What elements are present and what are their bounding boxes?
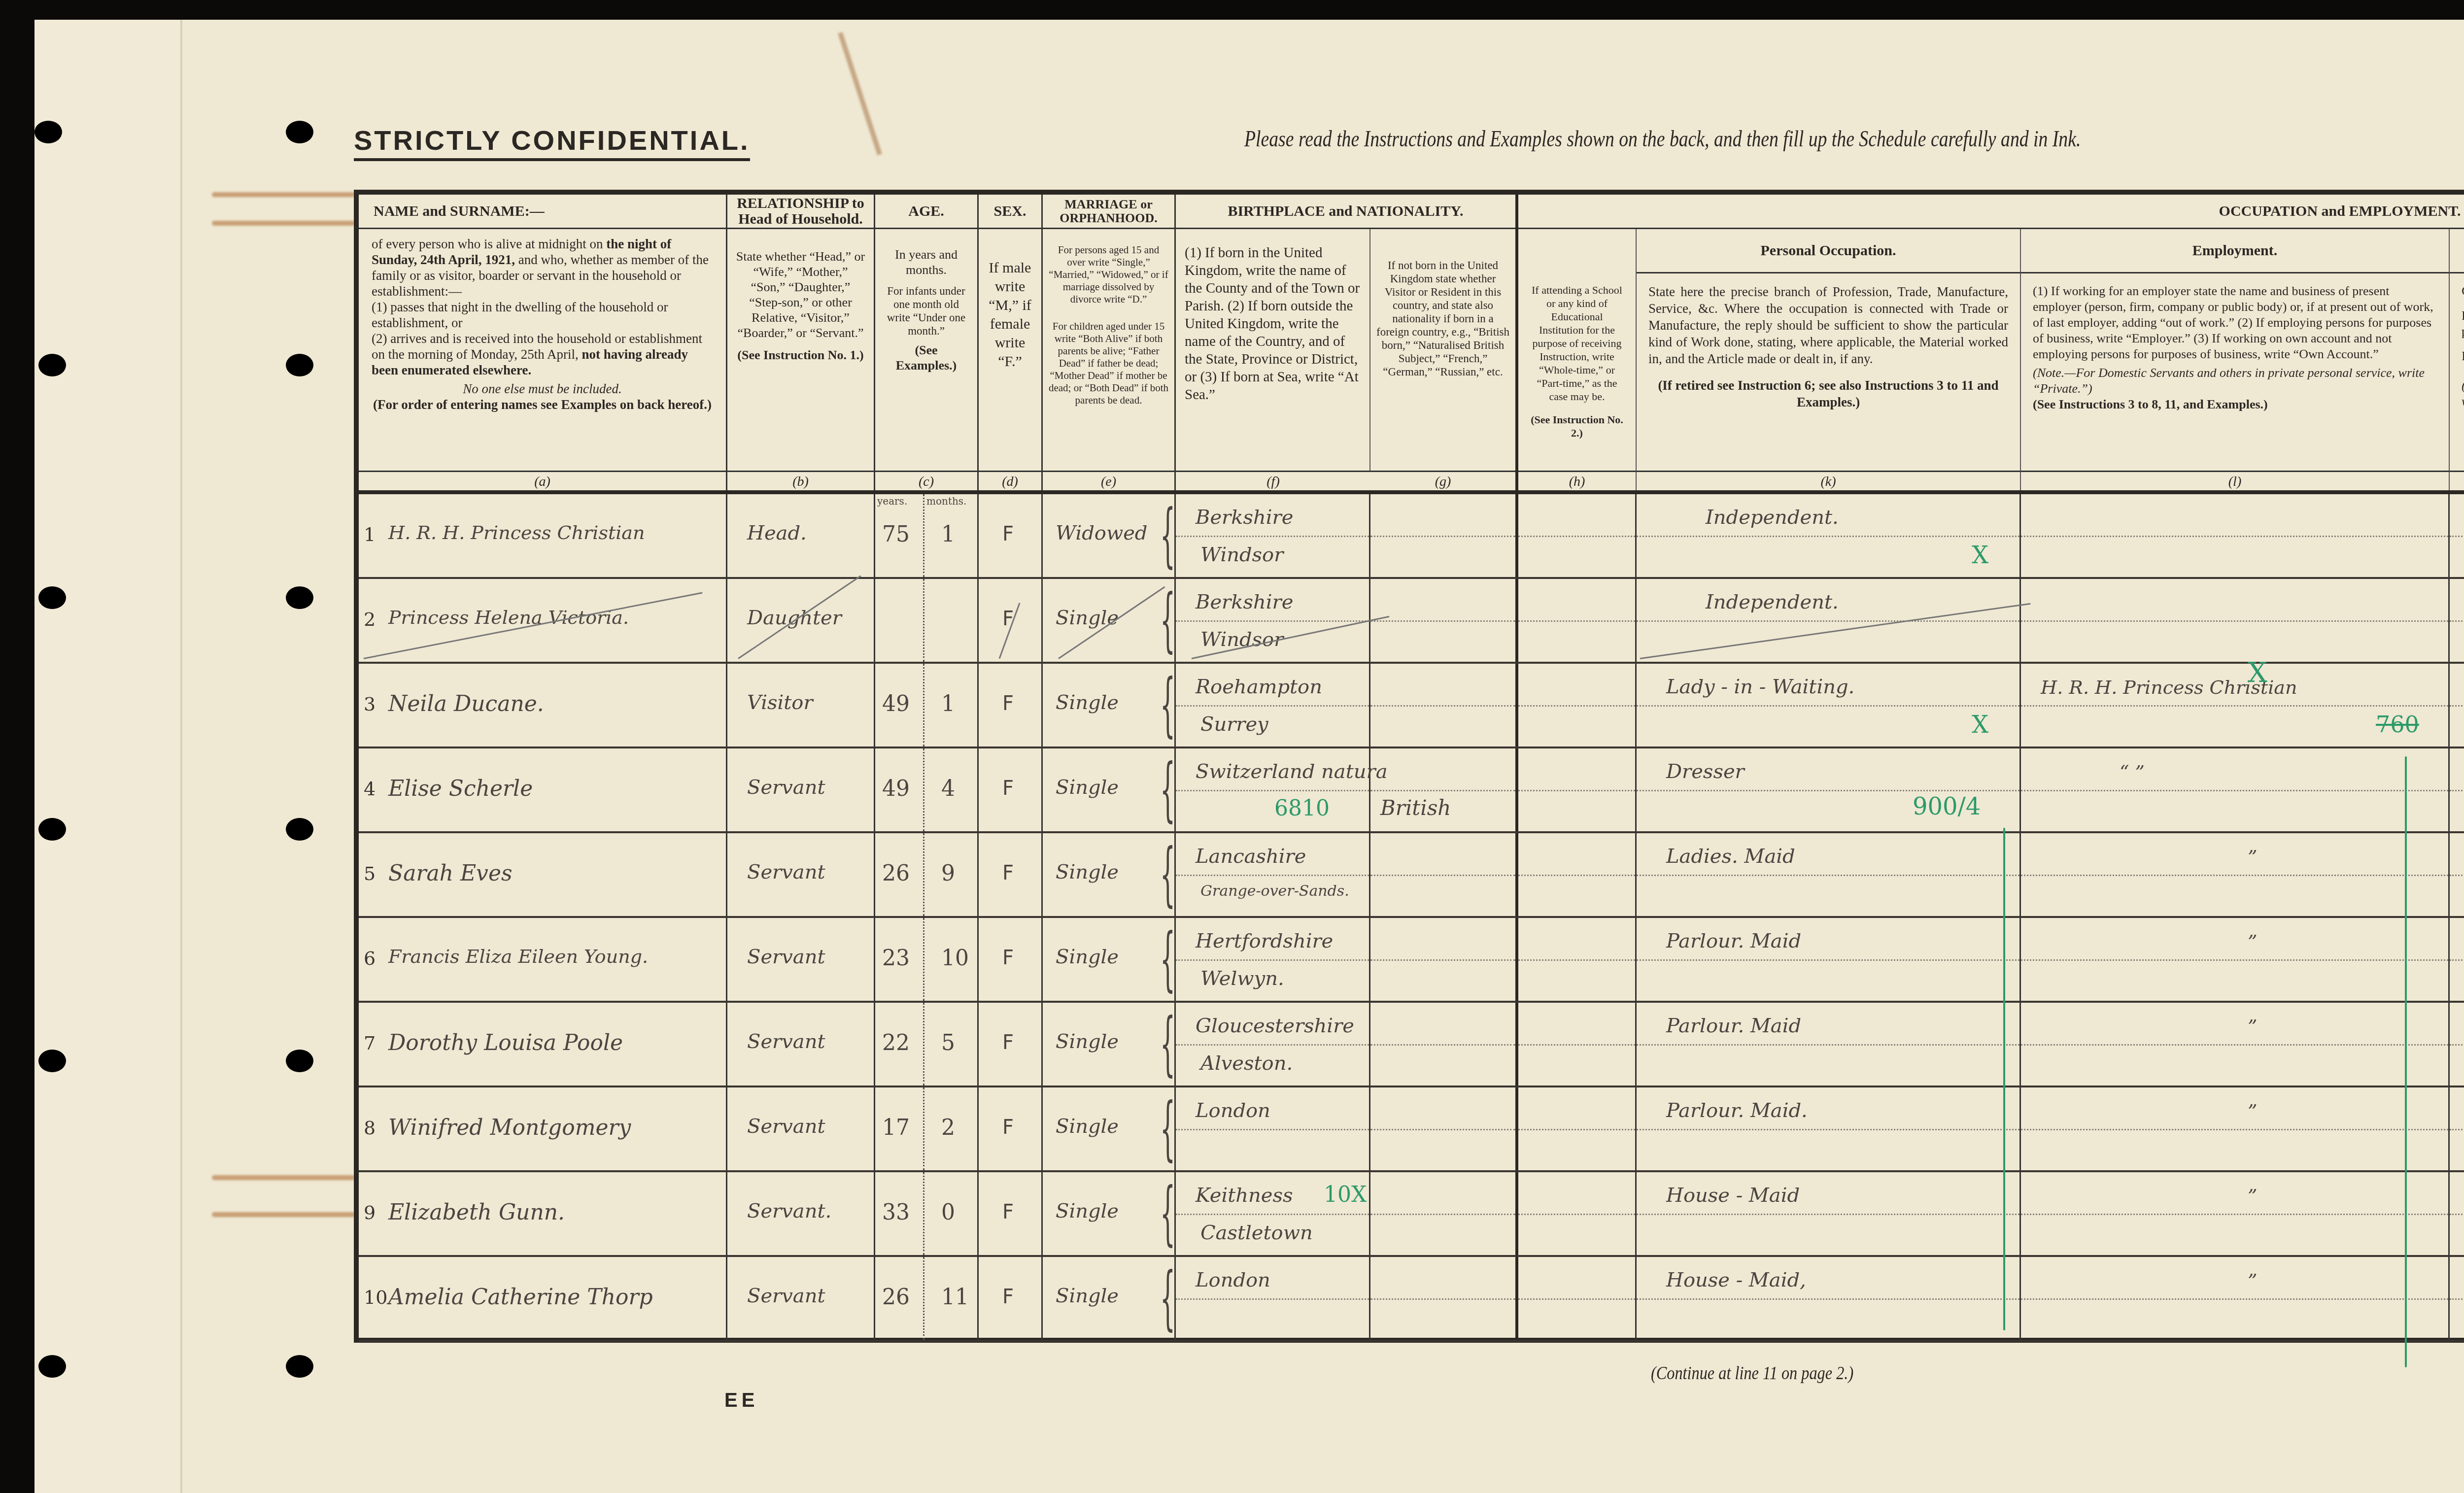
brace-glyph: { [1160,925,1175,994]
age-years-cell[interactable]: 23 [875,918,924,1001]
brace-glyph: { [1160,1010,1175,1079]
column-h-letter: (h) [1518,471,1637,490]
dotted-rule [2450,705,2464,707]
relationship-cell[interactable]: Servant [727,833,875,916]
dotted-rule [2450,959,2464,961]
sex-cell[interactable]: F [979,833,1043,916]
relationship-cell[interactable]: Servant [727,1257,875,1340]
occupation-cell[interactable]: House - Maid [1637,1172,2021,1255]
birthplace-cell[interactable]: London [1176,1087,1370,1170]
column-fg-header: BIRTHPLACE and NATIONALITY. (1) If born … [1176,195,1518,490]
table-row: 2Princess Helena Victoria.DaughterFSingl… [359,579,2464,664]
birthplace-cell[interactable]: GloucestershireAlveston. [1176,1003,1370,1086]
education-cell[interactable] [1518,494,1637,577]
table-row: 4Elise ScherleServant494FSingle{Switzerl… [359,748,2464,833]
employment-cell[interactable]: H. R. H. Princess ChristianX760 [2021,664,2450,746]
employment-value: ” [2248,846,2257,868]
sex-value: F [1002,947,1014,969]
name-cell[interactable]: 9Elizabeth Gunn. [359,1172,727,1255]
place-of-work-cell[interactable]: ” [2450,1172,2464,1255]
brace-glyph: { [1160,501,1175,570]
place-of-work-cell[interactable]: ” [2450,1257,2464,1340]
age-months-cell[interactable]: 2 [924,1087,979,1170]
column-l-text: (1) If working for an employer state the… [2021,273,2450,471]
marriage-value: Single [1056,946,1119,968]
birthplace-cell[interactable]: KeithnessCastletown10X [1176,1172,1370,1255]
column-l-note: (Note.—For Domestic Servants and others … [2033,365,2437,397]
employment-value: ” [2248,1100,2257,1122]
name-cell[interactable]: 6Francis Eliza Eileen Young. [359,918,727,1001]
age-months-cell[interactable]: 0 [924,1172,979,1255]
dotted-rule [1370,790,1515,791]
relationship-cell[interactable]: Servant [727,748,875,831]
marriage-value: Single [1056,607,1119,629]
dotted-rule [1637,536,2019,537]
employment-cell[interactable] [2021,579,2450,662]
sex-value: F [1002,862,1014,884]
relationship-value: Servant [747,776,825,799]
occupation-value: House - Maid [1666,1184,1800,1207]
punch-hole [286,1355,313,1378]
age-years: 49 [882,691,910,716]
nationality-cell[interactable] [1370,1172,1518,1255]
age-years-cell[interactable]: 22 [875,1003,924,1086]
age-years-label: years. [877,495,907,507]
marriage-value: Single [1056,861,1119,883]
sex-cell[interactable]: F [979,1003,1043,1086]
marriage-cell[interactable]: Single{ [1043,918,1176,1001]
dotted-rule [1518,620,1635,622]
age-years-cell[interactable]: 17 [875,1087,924,1170]
column-g-letter: (g) [1370,472,1515,490]
punch-hole [38,1355,66,1378]
age-years: 23 [882,946,910,971]
education-cell[interactable] [1518,1172,1637,1255]
birthplace-cell[interactable]: BerkshireWindsor [1176,494,1370,577]
dotted-rule [1370,620,1515,622]
brace-glyph: { [1160,671,1175,740]
occupation-value: House - Maid, [1666,1269,1806,1291]
occupation-value: Parlour. Maid. [1666,1099,1808,1122]
nationality-value: British [1380,796,1451,820]
relationship-value: Servant [747,946,825,968]
education-cell[interactable] [1518,1003,1637,1086]
occupation-value: Lady - in - Waiting. [1666,676,1854,698]
sex-cell[interactable]: F [979,579,1043,662]
age-months-cell[interactable]: 1 [924,664,979,746]
relationship-cell[interactable]: Head. [727,494,875,577]
birthplace-cell[interactable]: HertfordshireWelwyn. [1176,918,1370,1001]
punch-hole [286,121,313,143]
dotted-rule [2450,1129,2464,1130]
age-years-cell[interactable] [875,579,924,662]
birthplace-cell[interactable]: London [1176,1257,1370,1340]
marriage-cell[interactable]: Single{ [1043,664,1176,746]
punch-hole [38,818,66,841]
column-fg-title: BIRTHPLACE and NATIONALITY. [1176,195,1515,229]
dotted-rule [1176,536,1369,537]
column-e-text-children: For children aged under 15 write “Both A… [1043,310,1174,407]
dotted-rule [1370,1044,1515,1046]
age-years-cell[interactable]: 26 [875,1257,924,1340]
column-b-letter: (b) [727,471,874,490]
sex-cell[interactable]: F [979,664,1043,746]
employment-value: ” [2248,1185,2257,1207]
age-years-cell[interactable]: years.75 [875,494,924,577]
marriage-value: Single [1056,776,1119,799]
employment-cell[interactable]: ” [2021,1172,2450,1255]
employment-cell[interactable]: “ ” [2021,748,2450,831]
nationality-cell[interactable] [1370,1087,1518,1170]
enumerator-tally-line [2405,756,2407,1367]
education-cell[interactable] [1518,1257,1637,1340]
nationality-cell[interactable] [1370,833,1518,916]
employment-cell[interactable]: ” [2021,833,2450,916]
line-number: 6 [364,948,376,969]
education-cell[interactable] [1518,918,1637,1001]
place-of-work-cell[interactable]: “ ” [2450,748,2464,831]
birth-town: Castletown [1200,1222,1313,1244]
name-cell[interactable]: 3Neila Ducane. [359,664,727,746]
name-cell[interactable]: 5Sarah Eves [359,833,727,916]
marriage-value: Single [1056,1030,1119,1053]
check-mark: X [2248,657,2267,689]
relationship-value: Servant [747,1285,825,1307]
column-l-see: (See Instructions 3 to 8, 11, and Exampl… [2033,397,2437,412]
punch-hole [286,1050,313,1072]
dotted-rule [2021,620,2448,622]
column-a-header: NAME and SURNAME:— of every person who i… [359,195,727,490]
column-c-letter: (c) [875,471,977,490]
place-of-work-cell[interactable] [2450,494,2464,577]
dotted-rule [2450,620,2464,622]
sex-value: F [1002,1116,1014,1139]
sex-cell[interactable]: F [979,1257,1043,1340]
age-months: 10 [941,946,969,971]
column-m-text: Give the address of each person's place … [2450,273,2464,471]
dotted-rule [2021,1044,2448,1046]
birth-county: Berkshire [1196,591,1293,613]
person-name: Elise Scherle [388,776,533,801]
column-h-blank [1518,229,1637,273]
relationship-value: Servant [747,1115,825,1138]
relationship-cell[interactable]: Visitor [727,664,875,746]
dotted-rule [1637,1044,2019,1046]
education-cell[interactable] [1518,664,1637,746]
education-cell[interactable] [1518,579,1637,662]
dotted-rule [1637,1298,2019,1300]
relationship-value: Daughter [747,607,842,629]
marriage-cell[interactable]: Single{ [1043,1087,1176,1170]
dotted-rule [2021,536,2448,537]
dotted-rule [2450,790,2464,791]
occupation-value: Independent. [1706,506,1839,529]
dotted-rule [1518,790,1635,791]
age-months-cell[interactable]: 5 [924,1003,979,1086]
name-cell[interactable]: 10Amelia Catherine Thorp [359,1257,727,1340]
nationality-cell[interactable] [1370,579,1518,662]
dotted-rule [2021,790,2448,791]
birth-county: London [1196,1099,1270,1122]
occupation-cell[interactable]: Independent. [1637,579,2021,662]
dotted-rule [1637,875,2019,876]
column-b-see: (See Instruction No. 1.) [727,347,874,363]
marriage-value: Single [1056,1285,1119,1307]
marriage-value: Single [1056,1115,1119,1138]
column-a-letter: (a) [359,471,726,490]
occupation-value: Dresser [1666,760,1745,783]
employment-value: ” [2248,931,2257,952]
age-years-cell[interactable]: 26 [875,833,924,916]
sex-value: F [1002,1031,1014,1054]
column-c-infants: For infants under one month old write “U… [875,284,977,338]
occupation-cell[interactable]: House - Maid, [1637,1257,2021,1340]
birthplace-cell[interactable]: Switzerland natura6810 [1176,748,1370,831]
nationality-cell[interactable] [1370,918,1518,1001]
dotted-rule [1176,705,1369,707]
sex-cell[interactable]: F [979,1172,1043,1255]
age-years-cell[interactable]: 49 [875,664,924,746]
age-months: 1 [941,691,955,716]
employment-cell[interactable] [2021,494,2450,577]
nationality-cell[interactable] [1370,1257,1518,1340]
table-row: 9Elizabeth Gunn.Servant.330FSingle{Keith… [359,1172,2464,1257]
dotted-rule [2450,875,2464,876]
dotted-rule [1370,705,1515,707]
nationality-cell[interactable] [1370,664,1518,746]
table-row: 6Francis Eliza Eileen Young.Servant2310F… [359,918,2464,1003]
punch-hole [286,354,313,376]
column-a-order: (For order of entering names see Example… [372,397,713,412]
rust-stain [212,1175,355,1180]
dotted-rule [1518,1214,1635,1215]
occupation-cell[interactable]: Independent.X [1637,494,2021,577]
dotted-rule [1637,620,2019,622]
check-mark: X [1972,542,1988,569]
age-years-cell[interactable]: 33 [875,1172,924,1255]
birth-county: Keithness [1196,1184,1293,1207]
occupation-title: OCCUPATION and EMPLOYMENT. [1518,195,2464,229]
age-months-cell[interactable]: 10 [924,918,979,1001]
column-m-title: Place of Work. [2450,229,2464,273]
dotted-rule [2021,1214,2448,1215]
enumerator-code: 760 [2376,711,2419,738]
marriage-cell[interactable]: Single{ [1043,1172,1176,1255]
sex-value: F [1002,1201,1014,1223]
dotted-rule [1370,1129,1515,1130]
employment-value: “ ” [2120,761,2145,783]
column-a-text: of every person who is alive at midnight… [372,237,603,251]
occupation-cell[interactable]: Ladies. Maid [1637,833,2021,916]
age-months-cell[interactable]: 4 [924,748,979,831]
brace-glyph: { [1160,840,1175,909]
brace-glyph: { [1160,755,1175,824]
name-cell[interactable]: 8Winifred Montgomery [359,1087,727,1170]
column-d-header: SEX. If male write “M,” if female write … [979,195,1043,490]
relationship-cell[interactable]: Servant [727,1003,875,1086]
sex-value: F [1002,777,1014,800]
age-years: 75 [882,522,910,547]
place-of-work-cell[interactable]: — [2450,833,2464,916]
column-c-title: AGE. [875,195,977,229]
column-f-letter: (f) [1176,472,1370,490]
column-l-letter: (l) [2021,471,2450,490]
person-name: H. R. H. Princess Christian [388,522,645,543]
relationship-value: Servant [747,861,825,883]
birth-county: Switzerland natura [1196,760,1388,783]
dotted-rule [1370,1298,1515,1300]
relationship-cell[interactable]: Servant [727,918,875,1001]
dotted-rule [1176,790,1369,791]
place-of-work-cell[interactable]: ” [2450,918,2464,1001]
age-years-cell[interactable]: 49 [875,748,924,831]
occupation-cell[interactable]: Lady - in - Waiting.X [1637,664,2021,746]
occupation-cell[interactable]: Dresser900/4 [1637,748,2021,831]
dotted-rule [2450,1298,2464,1300]
relationship-cell[interactable]: Servant. [727,1172,875,1255]
occupation-value: Ladies. Maid [1666,845,1795,868]
line-number: 3 [364,693,376,715]
line-number: 7 [364,1032,376,1054]
education-cell[interactable] [1518,1087,1637,1170]
place-of-work-cell[interactable]: ” [2450,1087,2464,1170]
employment-cell[interactable]: ” [2021,1257,2450,1340]
rust-stain [212,1212,355,1217]
occupation-cell[interactable]: Parlour. Maid. [1637,1087,2021,1170]
place-of-work-cell[interactable] [2450,579,2464,662]
relationship-value: Servant [747,1030,825,1053]
marriage-cell[interactable]: Widowed{ [1043,494,1176,577]
person-name: Princess Helena Victoria. [388,607,629,628]
dotted-rule [1518,959,1635,961]
occupation-value: Parlour. Maid [1666,930,1801,952]
relationship-cell[interactable]: Servant [727,1087,875,1170]
rust-stain [212,192,355,197]
age-years: 22 [882,1030,910,1055]
occupation-cell[interactable]: Parlour. Maid [1637,918,2021,1001]
line-number: 10 [364,1287,387,1308]
birthplace-cell[interactable]: LancashireGrange-over-Sands. [1176,833,1370,916]
column-k-text: State here the precise branch of Profess… [1637,273,2021,471]
dotted-rule [1518,536,1635,537]
age-months-cell[interactable]: 9 [924,833,979,916]
line-number: 2 [364,609,376,630]
birthplace-cell[interactable]: RoehamptonSurrey [1176,664,1370,746]
dotted-rule [1518,875,1635,876]
marriage-value: Single [1056,1200,1119,1222]
column-h-see: (See Instruction No. 2.) [1530,413,1624,440]
place-of-work-cell[interactable]: ”4350 [2450,1003,2464,1086]
employment-cell[interactable]: ” [2021,1087,2450,1170]
birthplace-cell[interactable]: BerkshireWindsor [1176,579,1370,662]
dotted-rule [2021,1129,2448,1130]
column-e-text-adults: For persons aged 15 and over write “Sing… [1043,229,1174,310]
birth-town: Surrey [1200,713,1268,736]
table-row: 10Amelia Catherine ThorpServant2611FSing… [359,1257,2464,1342]
name-cell[interactable]: 7Dorothy Louisa Poole [359,1003,727,1086]
column-m-body-3: If the work is carried on mainly at home… [2462,348,2464,364]
rust-stain [212,221,355,226]
marriage-cell[interactable]: Single{ [1043,833,1176,916]
employment-cell[interactable]: ” [2021,918,2450,1001]
sex-cell[interactable]: F [979,1087,1043,1170]
sex-cell[interactable]: F [979,494,1043,577]
nationality-cell[interactable] [1370,494,1518,577]
column-l-title: Employment. [2021,229,2450,273]
education-cell[interactable] [1518,748,1637,831]
relationship-value: Head. [747,522,807,544]
occupation-cell[interactable]: Parlour. Maid [1637,1003,2021,1086]
marriage-cell[interactable]: Single{ [1043,1003,1176,1086]
employment-value: ” [2248,1016,2257,1037]
name-cell[interactable]: 1H. R. H. Princess Christian [359,494,727,577]
dotted-rule [1176,620,1369,622]
age-months-cell[interactable] [924,579,979,662]
sex-value: F [1002,1286,1014,1308]
employment-value: ” [2248,1270,2257,1291]
column-k-see: (If retired see Instruction 6; see also … [1648,377,2008,410]
column-d-title: SEX. [979,195,1041,229]
birth-county: Hertfordshire [1196,930,1333,952]
dotted-rule [1176,875,1369,876]
sex-value: F [1002,692,1014,715]
name-cell[interactable]: 4Elise Scherle [359,748,727,831]
confidential-heading: STRICTLY CONFIDENTIAL. [354,124,750,161]
birth-county: Berkshire [1196,506,1293,529]
enumerator-code: 900/4 [1913,793,1981,820]
column-b-text: State whether “Head,” or “Wife,” “Mother… [727,229,874,347]
education-cell[interactable] [1518,833,1637,916]
age-months: 5 [941,1030,955,1055]
instructions-line: Please read the Instructions and Example… [1244,126,2081,152]
line-number: 4 [364,778,376,800]
nationality-cell[interactable] [1370,1003,1518,1086]
place-of-work-cell[interactable]: at home.X4350 [2450,664,2464,746]
sex-cell[interactable]: F [979,748,1043,831]
dotted-rule [2450,1044,2464,1046]
age-months: 0 [941,1200,955,1225]
enumerator-code: 6810 [1274,796,1330,821]
marriage-cell[interactable]: Single{ [1043,1257,1176,1340]
left-flap [34,20,181,1493]
dotted-rule [1370,1214,1515,1215]
marriage-value: Widowed [1056,522,1147,544]
column-e-title: MARRIAGE or ORPHANHOOD. [1043,195,1174,229]
column-e-header: MARRIAGE or ORPHANHOOD. For persons aged… [1043,195,1176,490]
form-code: EE [724,1390,758,1412]
dotted-rule [1370,536,1515,537]
dotted-rule [1176,959,1369,961]
sex-cell[interactable]: F [979,918,1043,1001]
punch-hole [38,586,66,609]
dotted-rule [1518,1298,1635,1300]
person-name: Neila Ducane. [388,691,544,716]
marriage-cell[interactable]: Single{ [1043,748,1176,831]
nationality-cell[interactable]: British [1370,748,1518,831]
employment-cell[interactable]: ” [2021,1003,2450,1086]
age-months-cell[interactable]: 11 [924,1257,979,1340]
column-m-body-2: For a person with no regular place of wo… [2462,308,2464,339]
person-name: Amelia Catherine Thorp [388,1285,653,1310]
age-months-cell[interactable]: months.1 [924,494,979,577]
age-years: 49 [882,776,910,801]
dotted-rule [1637,705,2019,707]
column-d-text: If male write “M,” if female write “F.” [979,229,1041,378]
age-months: 1 [941,522,955,547]
dotted-rule [1370,959,1515,961]
dotted-rule [2450,1214,2464,1215]
occupation-header: OCCUPATION and EMPLOYMENT. If attending … [1518,195,2464,490]
